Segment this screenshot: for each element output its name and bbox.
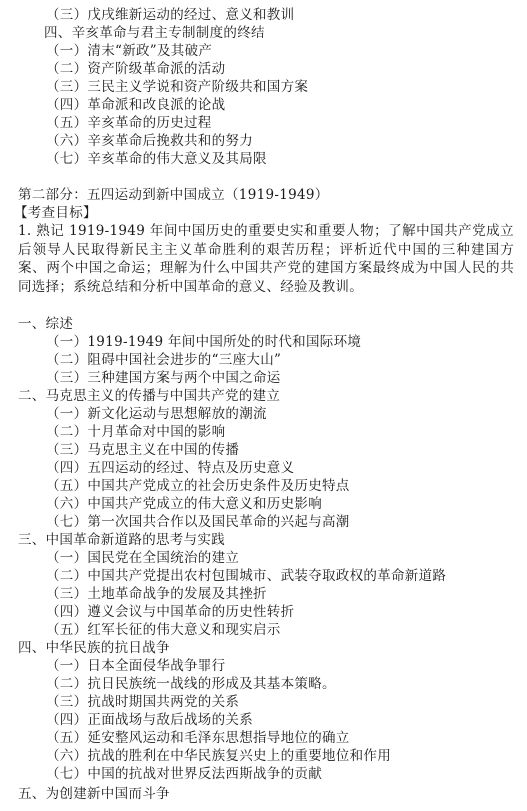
- section-heading: 一、综述: [18, 315, 73, 333]
- outline-item: （七）辛亥革命的伟大意义及其局限: [46, 150, 267, 168]
- section-heading: 三、中国革命新道路的思考与实践: [18, 531, 225, 549]
- outline-item: （一）国民党在全国统治的建立: [46, 549, 239, 567]
- outline-item: （四）正面战场与敌后战场的关系: [46, 711, 253, 729]
- outline-item: （二）中国共产党提出农村包围城市、武装夺取政权的革命新道路: [46, 567, 446, 585]
- outline-item: （七）第一次国共合作以及国民革命的兴起与高潮: [46, 513, 350, 531]
- outline-item: （二）阻碍中国社会进步的“三座大山”: [46, 351, 281, 369]
- outline-item: （三）抗战时期国共两党的关系: [46, 693, 239, 711]
- outline-item: （五）红军长征的伟大意义和现实启示: [46, 621, 281, 639]
- outline-item: （三）马克思主义在中国的传播: [46, 441, 239, 459]
- outline-item: （三）三民主义学说和资产阶级共和国方案: [46, 78, 308, 96]
- outline-item: （六）辛亥革命后挽救共和的努力: [46, 132, 253, 150]
- outline-item: （二）抗日民族统一战线的形成及其基本策略。: [46, 675, 336, 693]
- outline-item: （一）清末“新政”及其破产: [46, 42, 212, 60]
- outline-item: （一）日本全面侵华战争罪行: [46, 657, 225, 675]
- outline-item: （三）土地革命战争的发展及其挫折: [46, 585, 267, 603]
- outline-item: （五）中国共产党成立的社会历史条件及历史特点: [46, 477, 350, 495]
- outline-item: （一）1919-1949 年间中国所处的时代和国际环境: [46, 333, 361, 351]
- section-heading: 四、中华民族的抗日战争: [18, 639, 170, 657]
- outline-item: （三）三种建国方案与两个中国之命运: [46, 369, 281, 387]
- outline-item: （六）中国共产党成立的伟大意义和历史影响: [46, 495, 322, 513]
- outline-item: （五）延安整风运动和毛泽东思想指导地位的确立: [46, 729, 350, 747]
- outline-item: （三）戊戌维新运动的经过、意义和教训: [46, 6, 294, 24]
- outline-item: （五）辛亥革命的历史过程: [46, 114, 212, 132]
- outline-item: （二）十月革命对中国的影响: [46, 423, 225, 441]
- outline-item: （四）五四运动的经过、特点及历史意义: [46, 459, 294, 477]
- outline-item: （六）抗战的胜利在中华民族复兴史上的重要地位和作用: [46, 747, 391, 765]
- part-title: 第二部分：五四运动到新中国成立（1919-1949）: [18, 186, 329, 204]
- outline-item: （七）中国的抗战对世界反法西斯战争的贡献: [46, 765, 322, 783]
- outline-item: （二）资产阶级革命派的活动: [46, 60, 225, 78]
- section-heading: 二、马克思主义的传播与中国共产党的建立: [18, 387, 280, 405]
- outline-item: （四）革命派和改良派的论战: [46, 96, 225, 114]
- objective-paragraph: 1. 熟记 1919-1949 年间中国历史的重要史实和重要人物；了解中国共产党…: [18, 222, 514, 296]
- section-heading: 五、为创建新中国而斗争: [18, 785, 170, 803]
- section-heading: 四、辛亥革命与君主专制制度的终结: [44, 24, 265, 42]
- objectives-heading: 【考查目标】: [14, 204, 97, 222]
- outline-item: （一）新文化运动与思想解放的潮流: [46, 405, 267, 423]
- outline-item: （四）遵义会议与中国革命的历史性转折: [46, 603, 294, 621]
